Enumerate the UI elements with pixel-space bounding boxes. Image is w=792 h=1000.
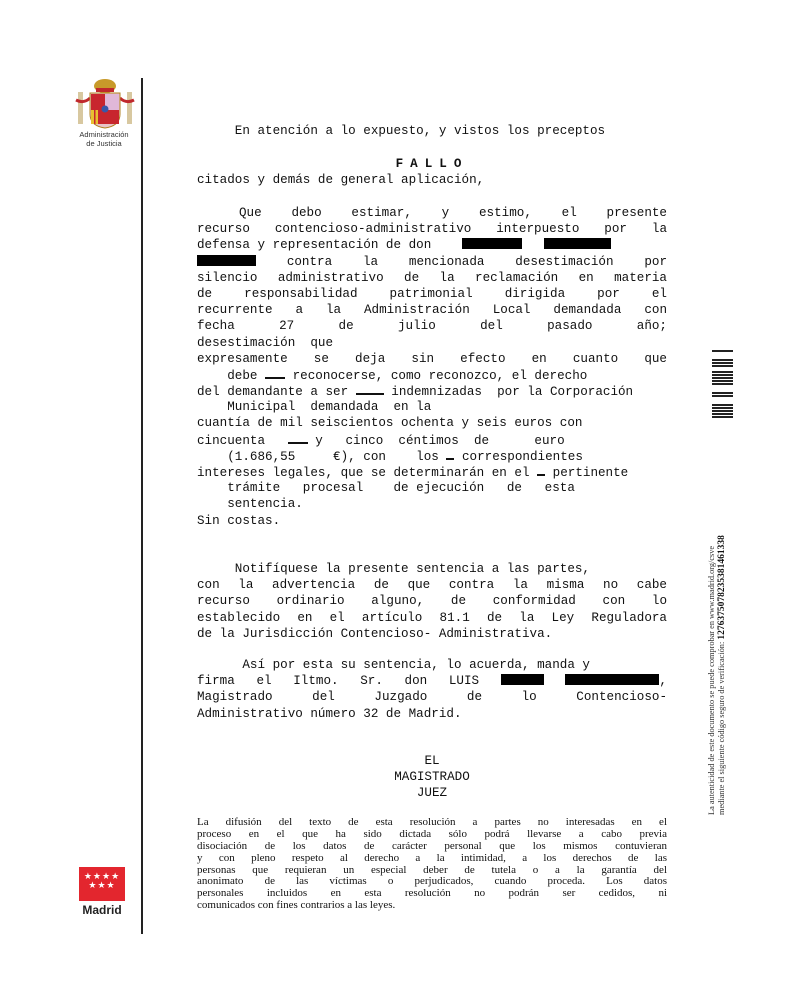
redacted-name [462,238,522,249]
fallo-line-1: Que debo estimar, y estimo, el presente [197,205,667,221]
barcode-stripe [712,383,733,385]
fallo-line: (1.686,55 €), con los correspondientes [197,448,667,464]
notice-line: y con pleno respeto al derecho a la inti… [197,853,667,865]
text: pertinente [545,466,628,480]
barcode-stripe [712,392,733,394]
fallo-paragraph: Que debo estimar, y estimo, el presente … [197,205,667,529]
fallo-line: recurrente a la Administración Local dem… [197,302,667,318]
closing-line-judge: firma el Iltmo. Sr. don LUIS , [197,673,667,689]
barcode-stripe [712,404,733,406]
text: contra la mencionada desestimación por [287,255,667,269]
verification-line: mediante el siguiente código seguro de v… [717,485,727,815]
barcode-stripe [712,374,733,376]
text: mediante el siguiente código seguro de v… [717,640,726,815]
fallo-line: de responsabilidad patrimonial dirigida … [197,286,667,302]
notify-line: Notifíquese la presente sentencia a las … [197,561,667,577]
fallo-line: intereses legales, que se determinarán e… [197,464,667,480]
redacted-surname [197,255,256,266]
text: cincuenta [197,434,288,448]
logo-caption-line2: de Justicia [86,139,121,148]
fallo-line: Municipal demandada en la [197,399,667,415]
closing-line: Magistrado del Juzgado de lo Contencioso… [197,689,667,705]
signature-line: JUEZ [197,785,667,801]
barcode-stripe [712,416,733,418]
verification-code: 1276375078235381461338 [717,535,727,640]
notify-line: con la advertencia de que contra la mism… [197,577,667,593]
notice-line: proceso en el que ha sido dictada sólo p… [197,829,667,841]
fallo-heading: FALLO [197,157,667,171]
fallo-line: cuantía de mil seiscientos ochenta y sei… [197,415,667,431]
fallo-line: fecha 27 de julio del pasado año; [197,318,667,334]
barcode-stripe [712,359,733,361]
fallo-line: debe reconocerse, como reconozco, el der… [197,367,667,383]
no-costs-line: Sin costas. [197,513,667,529]
madrid-logo-label: Madrid [70,903,134,917]
margin-rule [141,78,143,934]
intro-paragraph: En atención a lo expuesto, y vistos los … [197,91,667,204]
barcode-stripe [712,413,733,415]
barcode-stripe [712,401,733,403]
redacted-surname [501,674,544,685]
fallo-line: cincuenta y cinco céntimos de euro [197,432,667,448]
text: reconocerse, como reconozco, el derecho [285,369,587,383]
intro-line: En atención a lo expuesto, y vistos los … [197,123,667,139]
barcode-stripe [712,362,733,364]
privacy-notice: La difusión del texto de esta resolución… [197,817,667,916]
fallo-line: desestimación que [197,335,667,351]
barcode-stripe [712,350,733,352]
fallo-line: recurso contencioso-administrativo inter… [197,221,667,237]
intro-line: citados y demás de general aplicación, [197,172,667,188]
text: indemnizadas por la Corporación [384,385,633,399]
signature-line: MAGISTRADO [197,769,667,785]
madrid-flag-logo: ★★★★★★★ [79,867,125,901]
text: y cinco céntimos de euro [308,434,565,448]
text: defensa y representación de don [197,238,431,252]
text: (1.686,55 €), con los [197,450,446,464]
blank-line [537,464,545,476]
barcode-stripe [712,380,733,382]
text: debe [197,369,265,383]
blank-line [356,383,384,395]
stars-icon: ★★★★★★★ [79,873,125,891]
barcode-stripe [712,353,733,355]
text: correspondientes [454,450,582,464]
barcode-stripe [712,398,733,400]
fallo-line: sentencia. [197,496,667,512]
signature-line: EL [197,753,667,769]
barcode-stripe [712,407,733,409]
notification-paragraph: Notifíquese la presente sentencia a las … [197,561,667,642]
blank-line [265,367,285,379]
barcode-stripe [712,368,733,370]
fallo-line: silencio administrativo de la reclamació… [197,270,667,286]
notify-line: de la Jurisdicción Contencioso- Administ… [197,626,667,642]
barcode-stripe [712,386,733,388]
signature-block: EL MAGISTRADO JUEZ [197,753,667,802]
text: , [659,674,667,688]
fallo-line: contra la mencionada desestimación por [197,254,667,270]
text: firma el Iltmo. Sr. don LUIS [197,674,479,688]
barcode-stripe [712,389,733,391]
notify-line: establecido en el artículo 81.1 de la Le… [197,610,667,626]
barcode [712,350,733,419]
barcode-stripe [712,356,733,358]
notice-line: comunicados con fines contrarios a las l… [197,900,667,916]
verification-text: La autenticidad de este documento se pue… [707,485,727,815]
text: intereses legales, que se determinarán e… [197,466,537,480]
redacted-surname [565,674,659,685]
logo-caption: Administración de Justicia [66,130,142,148]
barcode-stripe [712,410,733,412]
barcode-stripe [712,377,733,379]
closing-line: Administrativo número 32 de Madrid. [197,706,667,722]
barcode-stripe [712,395,733,397]
blank-line [288,432,308,444]
closing-line: Así por esta su sentencia, lo acuerda, m… [197,657,667,673]
fallo-line-claimant: defensa y representación de don [197,237,667,253]
barcode-stripe [712,365,733,367]
redacted-surname [544,238,611,249]
fallo-line: trámite procesal de ejecución de esta [197,480,667,496]
text: del demandante a ser [197,385,356,399]
verification-line: La autenticidad de este documento se pue… [707,485,717,815]
logo-caption-line1: Administración [79,130,128,139]
notice-line: disociación de los datos de carácter per… [197,841,667,853]
coat-of-arms-logo [74,78,136,130]
fallo-line: expresamente se deja sin efecto en cuant… [197,351,667,367]
closing-paragraph: Así por esta su sentencia, lo acuerda, m… [197,657,667,722]
barcode-stripe [712,371,733,373]
notify-line: recurso ordinario alguno, de conformidad… [197,593,667,609]
fallo-line: del demandante a ser indemnizadas por la… [197,383,667,399]
